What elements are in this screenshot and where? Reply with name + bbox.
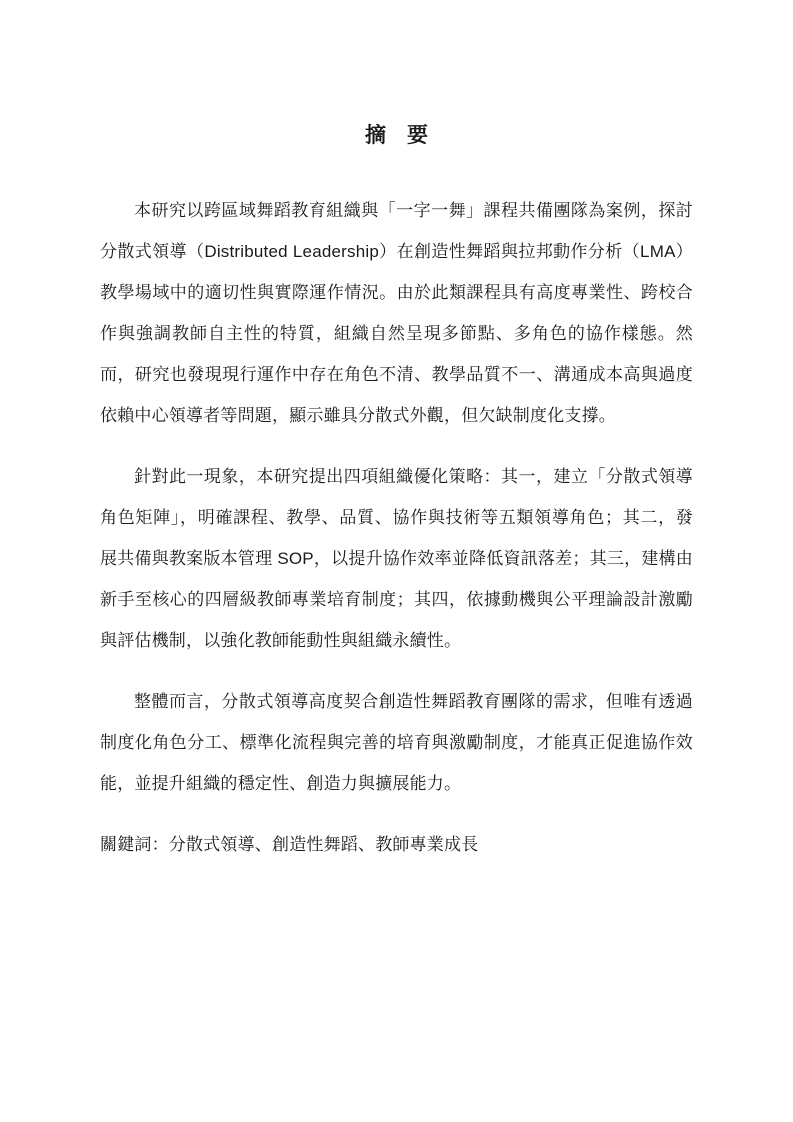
document-page: 摘 要 本研究以跨區域舞蹈教育組織與「一字一舞」課程共備團隊為案例，探討分散式領… [0, 0, 793, 1122]
abstract-paragraph-2: 針對此一現象，本研究提出四項組織優化策略：其一，建立「分散式領導角色矩陣」，明確… [100, 456, 693, 661]
abstract-title: 摘 要 [100, 0, 693, 146]
abstract-paragraph-1: 本研究以跨區域舞蹈教育組織與「一字一舞」課程共備團隊為案例，探討分散式領導（Di… [100, 190, 693, 436]
page-content: 摘 要 本研究以跨區域舞蹈教育組織與「一字一舞」課程共備團隊為案例，探討分散式領… [0, 0, 793, 865]
keywords-line: 關鍵詞：分散式領導、創造性舞蹈、教師專業成長 [100, 824, 693, 865]
abstract-paragraph-3: 整體而言，分散式領導高度契合創造性舞蹈教育團隊的需求，但唯有透過制度化角色分工、… [100, 681, 693, 804]
